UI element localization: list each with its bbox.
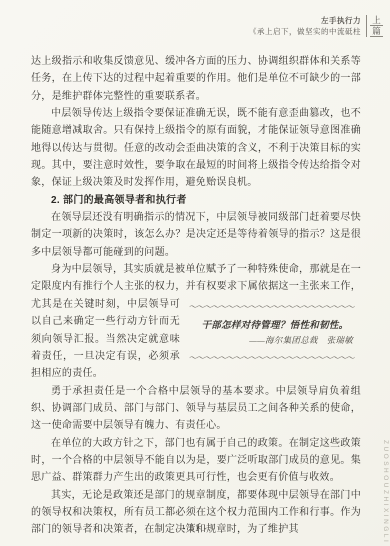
body-text: 达上级指示和收集反馈意见、缓冲各方面的压力、协调组织群体和关系等任务，在上传下达… xyxy=(31,53,361,539)
paragraph: 在领导层还没有明确指示的情况下，中层领导被同级部门赶着要尽快制定一项新的决策时，… xyxy=(31,209,361,261)
part-label: 上 篇 xyxy=(366,15,383,37)
part-label-char-bottom: 篇 xyxy=(370,26,383,37)
paragraph: 中层领导传达上级指令要保证准确无误，既不能有意歪曲篡改，也不能随意增减取舍。只有… xyxy=(31,105,361,192)
part-label-char-top: 上 xyxy=(370,15,383,26)
pull-quote-attribution: ——海尔集团总裁 张瑞敏 xyxy=(189,335,361,350)
wavy-rule-top: ～～～～～～～～～～～～～～～～～～～～～～ xyxy=(189,302,354,312)
paragraph: 勇于承担责任是一个合格中层领导的基本要求。中层领导肩负着组织、协调部门成员、部门… xyxy=(31,383,361,435)
pull-quote: ～～～～～～～～～～～～～～～～～～～～～～干部怎样对待管理？悟性和韧性。——海… xyxy=(189,299,361,368)
paragraph: 在单位的大政方针之下，部门也有属于自己的政策。在制定这些政策时，一个合格的中层领… xyxy=(31,435,361,487)
paragraph-with-pullquote: 身为中层领导，其实质就是被单位赋予了一种特殊使命，那就是在一定限度内有推行个人主… xyxy=(31,261,361,382)
wavy-rule-bottom: ～～～～～～～～～～～～～～～～～～～～～～ xyxy=(189,353,354,363)
running-header-book-title: 左手执行力 xyxy=(249,16,361,27)
paragraph-continuation: 达上级指示和收集反馈意见、缓冲各方面的压力、协调组织群体和关系等任务，在上传下达… xyxy=(31,53,361,105)
book-page: 左手执行力 《承上启下，做坚实的中流砥柱 上 篇 达上级指示和收集反馈意见、缓冲… xyxy=(0,0,390,546)
running-header: 左手执行力 《承上启下，做坚实的中流砥柱 xyxy=(249,16,361,37)
section-heading: 2. 部门的最高领导者和执行者 xyxy=(31,192,361,209)
paragraph-text: 身为中层领导，其实质就是被单位赋予了一种特殊使命，那就是在一定限度内有推行个人主… xyxy=(31,264,361,292)
running-header-chapter-title: 《承上启下，做坚实的中流砥柱 xyxy=(249,27,361,38)
pull-quote-text: 干部怎样对待管理？悟性和韧性。 xyxy=(189,316,361,335)
page-number: - 11 - xyxy=(0,523,390,533)
